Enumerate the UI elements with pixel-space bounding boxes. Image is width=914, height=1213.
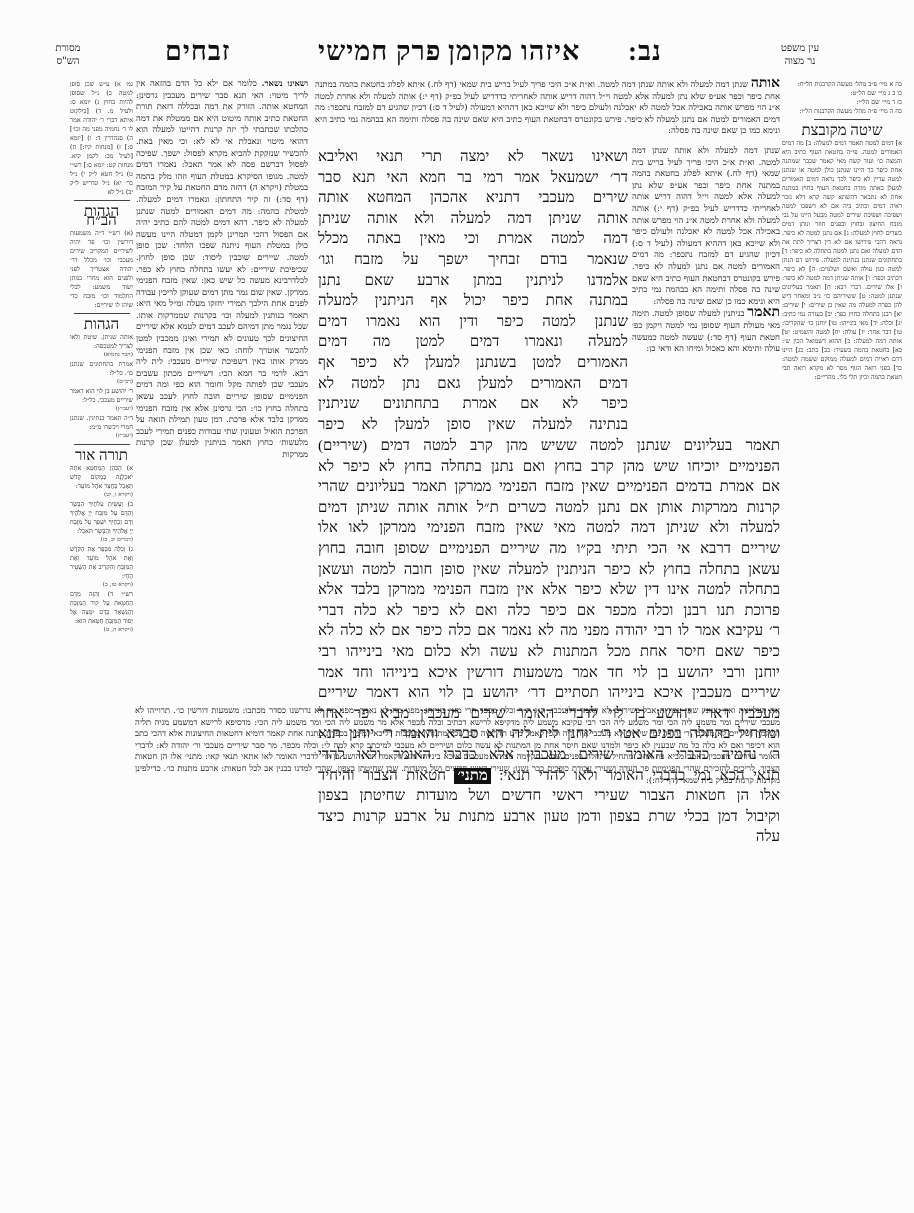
entry-ref: (יעב״ץ): [70, 432, 133, 441]
gemara-line: ר׳ עקיבא אמר לו רבי יהודה מפני מה לא נאמ…: [318, 621, 780, 642]
gemara-line: למעלה ולא שניתן דמה למטה מאי שאין מזבח ה…: [318, 518, 780, 539]
chapter-number: פרק חמישי: [318, 36, 441, 67]
gemara-line: האמורים למטן בשנתנן למעלן לא כיפר אף: [318, 353, 628, 374]
gemara-line: דמה למטה אמרת וכי מאין באתה מכלל: [318, 229, 628, 250]
right-margin: כה א מיי׳ פ״ב מהל׳ מעשה הקרבנות הל״ח: כו…: [782, 80, 902, 1000]
ein-mishpat-heading: עין משפט נר מצוה: [770, 42, 830, 68]
entry-text: ר׳ יהושע בן לוי הוא דאמר שיריים מעכבי. כ…: [70, 388, 133, 404]
gemara-top: ושאינו נשאר לא ימצה תרי תנאי ואליבא דר׳ …: [318, 147, 628, 435]
gemara-line: למעלה ונאמרו דמים למטן מה דמים: [318, 332, 628, 353]
gemara-line: הפנימיים יוכיחו שיש מהן קרב בחוץ ואם נתנ…: [318, 457, 780, 478]
entry-ref: (רב״ם): [70, 378, 133, 387]
hagahot-entry: אמרת בתחתונים שנתנן כו׳. כל״ל:(רב״ם): [70, 360, 133, 387]
rashi-lead: אותה: [751, 78, 780, 91]
gemara-line: במתנה אחת כיפר יכול אף הניתנין למעלה: [318, 291, 628, 312]
torah-or-entry: ב) וְעָשִׂיתָ עֹלֹתֶיךָ הַבָּשָׂר וְהַדָ…: [70, 500, 133, 545]
gemara-line: שנתנן למטה כיפר ודין הוא נאמרו דמים: [318, 312, 628, 333]
gemara-line: בנתינה למעלה שאין סופן למעלן לא כיפר: [318, 415, 628, 436]
gemara-line: אותה שניתן דמה למעלה ולא אותה שניתן: [318, 209, 628, 230]
entry-ref: (חכר נחמיא): [70, 351, 133, 360]
heading-line: נר מצוה: [770, 55, 830, 68]
gemara-line: עשאן בתחלה בחוץ לא כיפר הניתנין למעלה שא…: [318, 560, 780, 581]
torah-or-entry: ג) וְכִלָּה מִכַּפֵּר אֶת הַקֹּדֶשׁ וְאֶ…: [70, 545, 133, 590]
shita-mekubetzet-text: א] דמים למטה תאמר דמים למעלה: ב] מה דמים…: [782, 139, 902, 382]
torah-or-title: תורה אור: [70, 452, 133, 461]
verse-text: רש״י ד) וְהִזָּה מִדַּם הַחַטָּאת עַל קִ…: [70, 591, 133, 625]
entry-text: אותה שניתן. שיטת ולאו לצריך למטכסה:: [70, 334, 133, 350]
verse-text: ג) וְכִלָּה מִכַּפֵּר אֶת הַקֹּדֶשׁ וְאֶ…: [70, 546, 133, 580]
verse-ref: (ויקרא ו, יט): [70, 491, 133, 500]
heading-line: מסורת: [38, 42, 98, 55]
gemara-line: פרוכת תנו רבנן וכלה מכפר אם כיפר כלה ואם…: [318, 601, 780, 622]
gemara-line: ושאינו נשאר לא ימצה תרי תנאי ואליבא: [318, 147, 628, 168]
gemara-line: כיפר לא אם אמרת בתחתונים שניתנין: [318, 394, 628, 415]
bottom-commentary-text: את העליונות ואין טעונין שתי עבודות אבל ב…: [135, 705, 780, 785]
rashi-text-continued: שנתן דמה למעלה ולא אותה שנתן דמה למטה. ו…: [632, 145, 780, 306]
ein-mishpat-entry: כח ה מיי׳ פ״ה מהל׳ מעשה הקרבנות הל״ו:: [782, 107, 902, 116]
verse-ref: (ויקרא ה, ט): [70, 626, 133, 635]
tosafot-column: ושאינו נשאר. כלומר אם ילא כל הדם בהזאה א…: [136, 78, 308, 683]
tractate-name: זבחים: [165, 36, 230, 67]
shita-mekubetzet-title: שיטה מקובצת: [782, 127, 902, 136]
hagahot-entry: ר׳ יהושע בן לוי הוא דאמר שיריים מעכבי. כ…: [70, 387, 133, 414]
verse-text: ב) וְעָשִׂיתָ עֹלֹתֶיךָ הַבָּשָׂר וְהַדָ…: [70, 501, 133, 535]
gemara-line: קרנות ממרקות אותן אם נתנן למטה כשרים ת״ל…: [318, 498, 780, 519]
verse-ref: (דברים יב, כז): [70, 536, 133, 545]
hagahot-title: הגהות: [70, 321, 133, 330]
rashi-top-block: אותה שנתן דמה למעלה ולא אותה שנתן דמה למ…: [315, 78, 780, 144]
heading-line: עין משפט: [770, 42, 830, 55]
gemara-line: יוחנן ורבי יהושע בן לוי חד אמר משמעות דו…: [318, 663, 780, 684]
ein-mishpat-entry: כה א מיי׳ פ״ב מהל׳ מעשה הקרבנות הל״ח:: [782, 80, 902, 89]
heading-line: הש"ס: [38, 55, 98, 68]
gemara-line: דמים האמורים למעלן גאם נתן למטה לא: [318, 374, 628, 395]
entry-text: ד״ה תאמר בנתינין. שנתנן חמרי ויכשרו מ״מ:: [70, 415, 133, 431]
rashi-second-lead: תאמר: [747, 305, 780, 320]
gemara-line: תאמר בעליונים שנתנן למטה ששיש מהן קרב למ…: [318, 436, 780, 457]
gemara-line: שיריים דרבא אי הכי תיתי בק״ו מה שיריים ה…: [318, 539, 780, 560]
gemara-line: שירים מעכבי דתניא אהכהן המחטא אותה: [318, 188, 628, 209]
tosafot-lead: ושאינו נשאר.: [262, 78, 308, 88]
hagahot-entry: ד״ה תאמר בנתינין. שנתנן חמרי ויכשרו מ״מ:…: [70, 414, 133, 441]
gemara-line: שיריים מעכבין איכא בינייהו תסתיים דר׳ יה…: [318, 683, 780, 704]
rashi-column: שנתן דמה למעלה ולא אותה שנתן דמה למטה. ו…: [632, 145, 780, 375]
bottom-commentary: את העליונות ואין טעונין שתי עבודות אבל ב…: [135, 705, 780, 1021]
entry-text: אמרת בתחתונים שנתנן כו׳. כל״ל:: [70, 361, 133, 377]
gemara-line: שנאמר בודם זבחיך ישפך על מזבח וגו׳: [318, 250, 628, 271]
torah-or-entry: רש״י ד) וְהִזָּה מִדַּם הַחַטָּאת עַל קִ…: [70, 590, 133, 635]
ein-mishpat-entry: כז ד מיי׳ שם הל״י:: [782, 98, 902, 107]
gemara-line: דר׳ ישמעאל אמר רמי בר חמא האי תנא סבר: [318, 168, 628, 189]
gemara-line: כיפר שאם חיסר אחת מכל המתנות לא עשה ולא …: [318, 642, 780, 663]
masoret-hashas-text: גמ׳ א) ע״ש שכן סופן למטה ב) נ״ל שסופן לה…: [70, 80, 133, 197]
hagahot-entry: אותה שניתן. שיטת ולאו לצריך למטכסה:(חכר …: [70, 333, 133, 360]
left-margin: גמ׳ א) ע״ש שכן סופן למטה ב) נ״ל שסופן לה…: [70, 80, 133, 700]
ein-mishpat-entry: כו ב ג מיי׳ שם הל״ט:: [782, 89, 902, 98]
tosafot-text: כלומר אם ילא כל הדם בהזאה אין לריך מיטוי…: [136, 78, 308, 459]
daf-number: נב:: [628, 36, 662, 67]
gemara-line: בתחלה למטה אינו דין שלא כיפר אלא אין מזב…: [318, 580, 780, 601]
hagahot-habach-title: הגהות הב״ח: [70, 208, 133, 226]
gemara-line: אם אמרת בדמים הפנימיים שאין מזבח הפנימי …: [318, 477, 780, 498]
rashi-text: שנתן דמה למעלה ולא אותה שנתן דמה למטה. ו…: [315, 79, 780, 135]
gemara-line: אלמדנו לניתנין במתן ארבע שאם נתנן: [318, 271, 628, 292]
verse-text: א) הַכֹּהֵן הַמְחַטֵּא אֹתָהּ יֹאכְלֶנָּ…: [70, 465, 133, 490]
chapter-name: איזהו מקומן: [448, 36, 580, 67]
masoret-hashas-heading: מסורת הש"ס: [38, 42, 98, 68]
verse-ref: (ויקרא טז, כ): [70, 581, 133, 590]
hagahot-habach-text: (א) רש״י ד״ה משמעות דורשין וכו׳ פר יהיה …: [70, 229, 133, 310]
entry-ref: (יעב״ץ): [70, 405, 133, 414]
torah-or-entry: א) הַכֹּהֵן הַמְחַטֵּא אֹתָהּ יֹאכְלֶנָּ…: [70, 464, 133, 500]
